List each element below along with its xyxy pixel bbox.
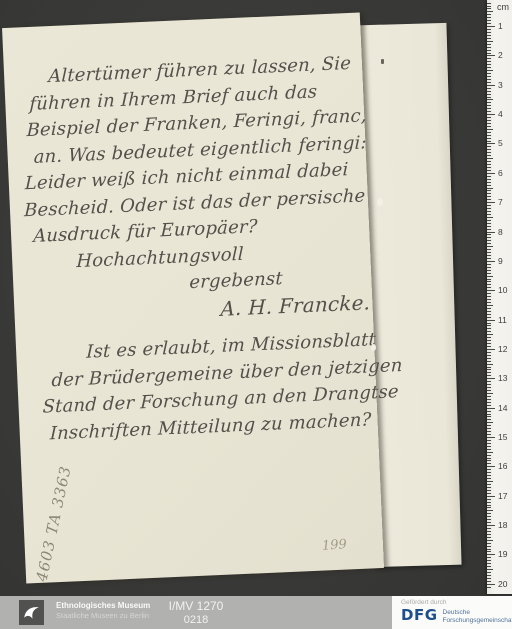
ruler-tick [487, 305, 493, 306]
ruler-number: 13 [498, 373, 511, 383]
ruler-number: 8 [498, 227, 511, 237]
ruler-tick [487, 220, 491, 221]
ruler-tick [487, 358, 491, 359]
ruler-tick [487, 264, 491, 265]
ruler-tick [487, 234, 491, 235]
ruler-tick [487, 273, 491, 274]
ruler-tick [487, 23, 491, 24]
ruler-tick [487, 29, 491, 30]
pencil-page-number: 199 [322, 537, 348, 554]
ruler-tick [487, 73, 491, 74]
ruler-tick [487, 287, 491, 288]
ruler-tick [487, 575, 491, 576]
ruler-tick [487, 47, 491, 48]
dfg-full-name: Deutsche Forschungsgemeinschaft [443, 609, 512, 625]
ruler-tick [487, 528, 491, 529]
ruler-tick [487, 255, 491, 256]
ruler-tick [487, 82, 491, 83]
ruler-tick [487, 105, 491, 106]
ruler-tick [487, 369, 491, 370]
ruler-tick [487, 361, 491, 362]
ruler-number: 6 [498, 168, 511, 178]
ruler-tick [487, 372, 491, 373]
ruler-tick [487, 276, 493, 277]
ruler-tick [487, 237, 491, 238]
ruler-tick [487, 478, 491, 479]
ruler-number: 19 [498, 549, 511, 559]
ruler-tick [487, 170, 491, 171]
ruler-tick [487, 340, 491, 341]
ruler-tick [487, 434, 491, 435]
ruler-tick [487, 584, 495, 585]
ruler-tick [487, 240, 491, 241]
ruler-tick [487, 120, 491, 121]
ruler-tick [487, 296, 491, 297]
ruler-tick [487, 513, 491, 514]
ruler-tick [487, 484, 491, 485]
ruler-tick [487, 455, 491, 456]
ruler-tick [487, 437, 495, 438]
ruler-tick [487, 199, 491, 200]
ruler-tick [487, 428, 491, 429]
ruler-tick [487, 261, 495, 262]
ruler-tick [487, 487, 491, 488]
ruler-tick [487, 525, 495, 526]
ruler-tick [487, 578, 491, 579]
ruler-tick [487, 311, 491, 312]
ruler-number: 16 [498, 461, 511, 471]
ruler-tick [487, 416, 491, 417]
dfg-logo: DFG Deutsche Forschungsgemeinschaft [401, 607, 512, 625]
ruler-tick [487, 76, 491, 77]
ruler-tick [487, 79, 491, 80]
ruler-tick [487, 88, 491, 89]
ruler-tick [487, 94, 491, 95]
ruler-tick [487, 38, 491, 39]
ruler-tick [487, 425, 491, 426]
ruler-tick [487, 308, 491, 309]
document-page-id: 0218 [0, 614, 392, 628]
ruler-number: 12 [498, 344, 511, 354]
ruler-tick [487, 516, 491, 517]
funding-panel: Gefördert durch DFG Deutsche Forschungsg… [392, 596, 512, 629]
ruler-tick [487, 490, 491, 491]
ruler-tick [487, 502, 491, 503]
ruler-number: 14 [498, 403, 511, 413]
ruler-tick [487, 223, 491, 224]
ruler-tick [487, 270, 491, 271]
ruler-tick [487, 449, 491, 450]
ruler-tick [487, 364, 493, 365]
ruler-tick [487, 443, 491, 444]
ruler-tick [487, 587, 491, 588]
ruler-tick [487, 58, 491, 59]
ruler-tick [487, 396, 491, 397]
ruler-tick [487, 402, 491, 403]
ruler-number: 15 [498, 432, 511, 442]
ruler-tick [487, 419, 491, 420]
ruler-tick [487, 507, 491, 508]
ruler-tick [487, 343, 491, 344]
ruler-tick [487, 6, 491, 7]
ruler-tick [487, 158, 493, 159]
ruler-tick [487, 129, 493, 130]
dfg-name-line1: Deutsche [443, 609, 470, 616]
ruler-number: 11 [498, 315, 511, 325]
ruler-number: 4 [498, 109, 511, 119]
ruler-tick [487, 393, 493, 394]
ruler-tick [487, 161, 491, 162]
ruler-tick [487, 44, 491, 45]
ruler-tick [487, 546, 491, 547]
dfg-wordmark: DFG [401, 607, 438, 623]
ruler-tick [487, 102, 491, 103]
ruler-number: 10 [498, 285, 511, 295]
ruler-tick [487, 26, 495, 27]
ruler-tick [487, 381, 491, 382]
ruler-tick [487, 411, 491, 412]
ruler-tick [487, 85, 495, 86]
ruler-tick [487, 155, 491, 156]
ruler-tick [487, 446, 491, 447]
ruler-tick [487, 352, 491, 353]
ruler-tick [487, 320, 495, 321]
ruler-tick [487, 279, 491, 280]
ruler-tick [487, 334, 493, 335]
ruler-tick [487, 475, 491, 476]
ruler-unit-label: cm [497, 2, 509, 12]
ruler-tick [487, 173, 495, 174]
ruler-tick [487, 408, 495, 409]
ruler-tick [487, 190, 491, 191]
ruler-tick [487, 176, 491, 177]
ruler-tick [487, 8, 491, 9]
ruler-number: 2 [498, 50, 511, 60]
ruler-tick [487, 314, 491, 315]
ruler-tick [487, 67, 491, 68]
ruler-tick [487, 214, 491, 215]
ruler-number: 3 [498, 80, 511, 90]
ruler-tick [487, 414, 491, 415]
ruler-tick [487, 91, 491, 92]
paper-blemish [371, 344, 376, 351]
ruler-tick [487, 41, 493, 42]
ruler-tick [487, 499, 491, 500]
ruler-tick [487, 510, 493, 511]
ruler-tick [487, 258, 491, 259]
ruler-tick [487, 17, 491, 18]
ruler-tick [487, 519, 491, 520]
ruler-tick [487, 302, 491, 303]
ruler-tick [487, 557, 491, 558]
ruler-tick [487, 328, 491, 329]
ruler-tick [487, 55, 495, 56]
ruler-tick [487, 14, 491, 15]
ruler-tick [487, 481, 493, 482]
ruler-tick [487, 367, 491, 368]
ruler-tick [487, 496, 495, 497]
ruler-tick [487, 290, 495, 291]
ruler-tick [487, 378, 495, 379]
ruler-tick [487, 123, 491, 124]
ruler-tick [487, 97, 491, 98]
ruler-tick [487, 117, 491, 118]
ruler-tick [487, 208, 491, 209]
ruler-tick [487, 463, 491, 464]
ruler-tick [487, 387, 491, 388]
ruler-tick [487, 284, 491, 285]
ruler-number: 1 [498, 21, 511, 31]
ruler-tick [487, 196, 491, 197]
ruler-tick [487, 202, 495, 203]
ruler-tick [487, 114, 495, 115]
ruler-tick [487, 554, 495, 555]
footer-bar: Ethnologisches Museum Staatliche Museen … [0, 596, 512, 629]
ruler-tick [487, 252, 491, 253]
ruler-tick [487, 534, 491, 535]
ruler-tick [487, 537, 491, 538]
ruler-tick [487, 53, 491, 54]
ruler-tick [487, 99, 493, 100]
ruler-tick [487, 246, 493, 247]
ruler-tick [487, 226, 491, 227]
ruler-tick [487, 229, 491, 230]
ruler-tick [487, 146, 491, 147]
ruler-number: 18 [498, 520, 511, 530]
ruler-tick [487, 50, 491, 51]
ruler-number: 7 [498, 197, 511, 207]
ruler-tick [487, 569, 493, 570]
ruler-tick [487, 11, 493, 12]
ruler-tick [487, 440, 491, 441]
ruler-tick [487, 143, 495, 144]
ruler-tick [487, 182, 491, 183]
ruler-tick [487, 185, 491, 186]
ruler-tick [487, 70, 493, 71]
ruler-tick [487, 349, 495, 350]
ruler-tick [487, 431, 491, 432]
cm-ruler: cm 1234567891011121314151617181920 [487, 0, 512, 594]
ruler-tick [487, 325, 491, 326]
ruler-tick [487, 540, 493, 541]
ruler-tick [487, 581, 491, 582]
ruler-tick [487, 531, 491, 532]
document-id: I/MV 1270 [0, 599, 392, 614]
ruler-tick [487, 390, 491, 391]
ruler-tick [487, 505, 491, 506]
ruler-tick [487, 281, 491, 282]
ruler-tick [487, 560, 491, 561]
ruler-tick [487, 469, 491, 470]
ruler-tick [487, 493, 491, 494]
ruler-tick [487, 384, 491, 385]
ruler-tick [487, 549, 491, 550]
ruler-tick [487, 249, 491, 250]
ruler-tick [487, 211, 491, 212]
ruler-tick [487, 179, 491, 180]
ruler-tick [487, 422, 493, 423]
ruler-tick [487, 152, 491, 153]
dfg-name-line2: Forschungsgemeinschaft [443, 617, 512, 624]
ruler-tick [487, 167, 491, 168]
ruler-tick [487, 193, 491, 194]
ruler-tick [487, 267, 491, 268]
ruler-tick [487, 355, 491, 356]
ruler-tick [487, 399, 491, 400]
funding-prefix: Gefördert durch [401, 599, 447, 606]
ruler-tick [487, 460, 491, 461]
ruler-tick [487, 346, 491, 347]
ruler-tick [487, 566, 491, 567]
ruler-tick [487, 243, 491, 244]
document-id-block: I/MV 1270 0218 [0, 599, 392, 628]
ruler-tick [487, 3, 491, 4]
ruler-tick [487, 522, 491, 523]
ruler-number: 17 [498, 491, 511, 501]
ruler-number: 5 [498, 138, 511, 148]
ruler-tick [487, 126, 491, 127]
ruler-tick [487, 232, 495, 233]
ruler-tick [487, 572, 491, 573]
ruler-tick [487, 205, 491, 206]
ruler-tick [487, 32, 491, 33]
ruler-tick [487, 452, 493, 453]
paper-blemish [377, 198, 383, 206]
ruler-tick [487, 111, 491, 112]
ruler-tick [487, 323, 491, 324]
ruler-tick [487, 551, 491, 552]
ruler-tick [487, 149, 491, 150]
ruler-tick [487, 64, 491, 65]
ruler-tick [487, 317, 491, 318]
ruler-tick [487, 141, 491, 142]
ruler-tick [487, 20, 491, 21]
ruler-tick [487, 337, 491, 338]
scan-viewport: Altertümer führen zu lassen, Sieführen i… [0, 0, 512, 629]
ruler-tick [487, 35, 491, 36]
ruler-tick [487, 61, 491, 62]
ruler-tick [487, 405, 491, 406]
ruler-tick [487, 164, 491, 165]
ruler-number: 9 [498, 256, 511, 266]
ruler-tick [487, 458, 491, 459]
ruler-tick [487, 472, 491, 473]
ruler-tick [487, 293, 491, 294]
ruler-tick [487, 217, 493, 218]
ruler-tick [487, 188, 493, 189]
ruler-tick [487, 108, 491, 109]
ruler-number: 20 [498, 579, 511, 589]
ruler-tick [487, 135, 491, 136]
ruler-tick [487, 563, 491, 564]
ruler-tick [487, 466, 495, 467]
ruler-tick [487, 331, 491, 332]
ruler-tick [487, 375, 491, 376]
ruler-tick [487, 543, 491, 544]
ruler-tick [487, 132, 491, 133]
ruler-tick [487, 299, 491, 300]
ruler-tick [487, 138, 491, 139]
paper-blemish [381, 59, 384, 64]
